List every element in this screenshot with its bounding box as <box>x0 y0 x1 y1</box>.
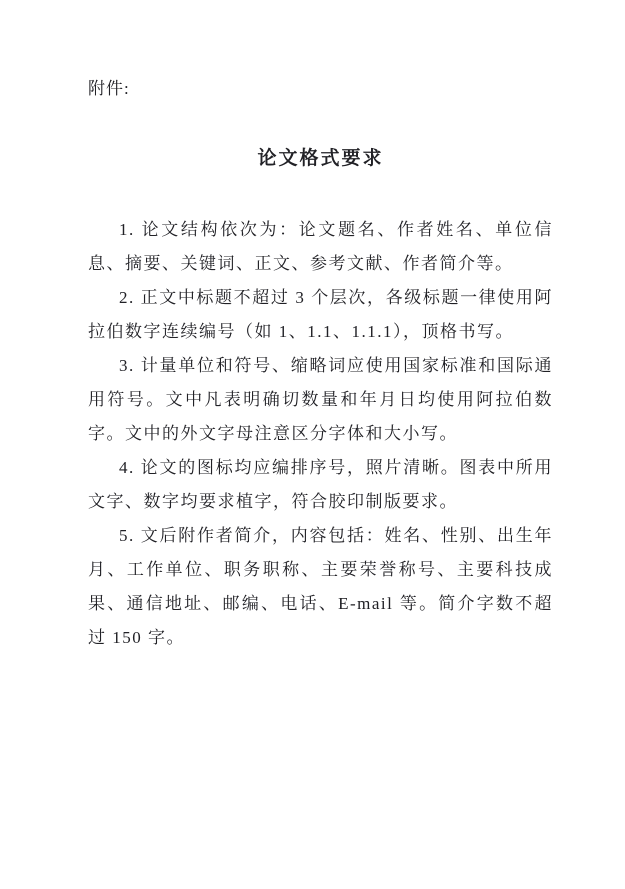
attachment-label: 附件: <box>88 78 553 100</box>
paragraph-item-2: 2. 正文中标题不超过 3 个层次，各级标题一律使用阿拉伯数字连续编号（如 1、… <box>88 281 553 349</box>
paragraph-item-5: 5. 文后附作者简介，内容包括：姓名、性别、出生年月、工作单位、职务职称、主要荣… <box>88 519 553 655</box>
paragraph-item-1: 1. 论文结构依次为：论文题名、作者姓名、单位信息、摘要、关键词、正文、参考文献… <box>88 213 553 281</box>
document-title: 论文格式要求 <box>88 146 553 172</box>
document-body: 1. 论文结构依次为：论文题名、作者姓名、单位信息、摘要、关键词、正文、参考文献… <box>88 213 553 655</box>
paragraph-item-3: 3. 计量单位和符号、缩略词应使用国家标准和国际通用符号。文中凡表明确切数量和年… <box>88 349 553 451</box>
document-page: 附件: 论文格式要求 1. 论文结构依次为：论文题名、作者姓名、单位信息、摘要、… <box>0 0 625 889</box>
paragraph-item-4: 4. 论文的图标均应编排序号，照片清晰。图表中所用文字、数字均要求植字，符合胶印… <box>88 451 553 519</box>
